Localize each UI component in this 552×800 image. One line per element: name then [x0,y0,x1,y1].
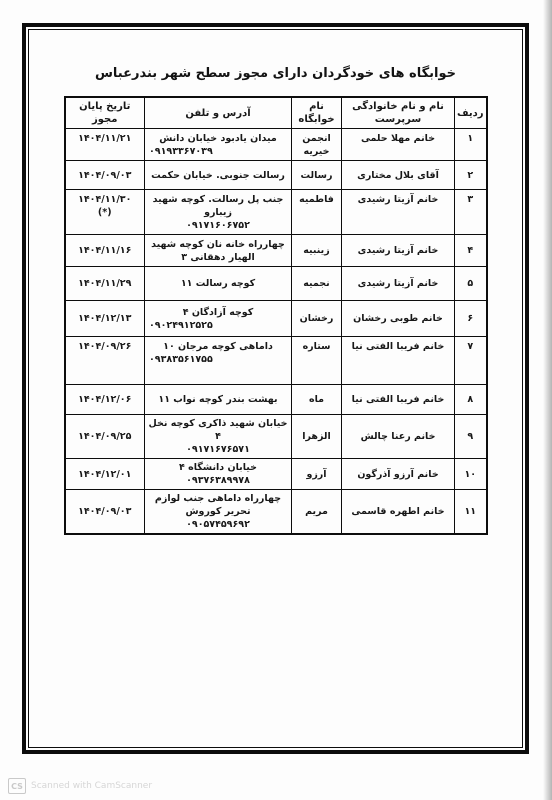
row-number-cell: ۱۱ [455,490,487,535]
expiry-date: ۱۴۰۴/۱۲/۰۶ [68,393,143,406]
column-header: نام و نام خانوادگی سرپرست [342,97,455,129]
address-text: خیابان دانشگاه ۴ [147,461,289,474]
supervisor-name: خانم آرزو آذرگون [357,469,438,480]
expiry-date: ۱۴۰۴/۱۱/۲۱ [68,132,143,145]
supervisor-name-cell: خانم رعنا چالش [342,415,455,459]
dormitory-name-cell: زینبیه [292,235,342,267]
row-number: ۴ [467,245,473,256]
supervisor-name: خانم آزیتا رشیدی [358,245,439,256]
license-expiry-cell: ۱۴۰۴/۰۹/۰۳ [65,490,145,535]
address-text: داماهی کوچه مرجان ۱۰ [147,340,289,353]
license-expiry-cell: ۱۴۰۴/۰۹/۲۶ [65,337,145,385]
table-row: ۱۱ خانم اطهره قاسمی مریم چهارراه داماهی … [65,490,487,535]
column-header: آدرس و تلفن [145,97,292,129]
table-row: ۱۰ خانم آرزو آذرگون آرزو خیابان دانشگاه … [65,459,487,490]
expiry-date: ۱۴۰۴/۰۹/۲۶ [68,340,143,353]
address-phone-cell: خیابان دانشگاه ۴ ۰۹۳۷۶۳۸۹۹۷۸ [145,459,292,490]
page-border-frame: خوابگاه های خودگردان دارای مجوز سطح شهر … [22,23,529,754]
address-phone-cell: کوچه آزادگان ۴ ۰۹۰۲۴۹۱۲۵۲۵ [145,301,292,337]
table-row: ۹ خانم رعنا چالش الزهرا خیابان شهید ذاکر… [65,415,487,459]
dormitory-name: الزهرا [302,431,331,442]
supervisor-name-cell: خانم طوبی رخشان [342,301,455,337]
table-header-row: ردیفنام و نام خانوادگی سرپرستنام خوابگاه… [65,97,487,129]
phone-number: ۰۹۰۲۴۹۱۲۵۲۵ [147,319,289,332]
supervisor-name: خانم آزیتا رشیدی [358,278,439,289]
column-header: ردیف [455,97,487,129]
address-text: خیابان شهید ذاکری کوچه نخل ۴ [147,417,289,443]
address-text: جنب پل رسالت. کوچه شهید زیبارو [147,193,289,219]
dormitory-name: ماه [309,394,324,405]
supervisor-name: آقای بلال مختاری [357,170,439,181]
address-text: کوچه رسالت ۱۱ [147,277,289,290]
table-row: ۳ خانم آزیتا رشیدی فاطمیه جنب پل رسالت. … [65,190,487,235]
row-number: ۵ [467,278,473,289]
expiry-date: ۱۴۰۴/۰۹/۲۵ [68,430,143,443]
document-title: خوابگاه های خودگردان دارای مجوز سطح شهر … [29,66,522,81]
supervisor-name: خانم فریبا الفتی نیا [352,394,445,405]
supervisor-name-cell: خانم آزیتا رشیدی [342,267,455,301]
license-expiry-cell: ۱۴۰۴/۱۲/۱۳ [65,301,145,337]
supervisor-name: خانم اطهره قاسمی [351,506,444,517]
license-expiry-cell: ۱۴۰۴/۰۹/۰۳ [65,161,145,190]
scan-edge-shadow [543,0,552,800]
address-phone-cell: خیابان شهید ذاکری کوچه نخل ۴ ۰۹۱۷۱۶۷۶۵۷۱ [145,415,292,459]
dormitory-name-cell: انجمن خیریه [292,129,342,161]
address-phone-cell: رسالت جنوبی. خیابان حکمت [145,161,292,190]
license-expiry-cell: ۱۴۰۴/۱۱/۲۹ [65,267,145,301]
expiry-date: ۱۴۰۴/۰۹/۰۳ [68,169,143,182]
phone-number: ۰۹۱۹۳۳۶۷۰۳۹ [147,145,289,158]
row-number-cell: ۶ [455,301,487,337]
address-text: بهشت بندر کوچه نواب ۱۱ [147,393,289,406]
expiry-date: ۱۴۰۴/۱۲/۰۱ [68,468,143,481]
phone-number: ۰۹۱۷۱۶۷۶۵۷۱ [147,443,289,456]
license-expiry-cell: ۱۴۰۴/۰۹/۲۵ [65,415,145,459]
supervisor-name: خانم رعنا چالش [361,431,436,442]
address-text: کوچه آزادگان ۴ [147,306,289,319]
license-expiry-cell: ۱۴۰۴/۱۱/۲۱ [65,129,145,161]
row-number: ۹ [467,431,473,442]
table-row: ۲ آقای بلال مختاری رسالت رسالت جنوبی. خی… [65,161,487,190]
supervisor-name: خانم طوبی رخشان [353,313,443,324]
expiry-date: ۱۴۰۴/۱۱/۳۰ [68,193,143,206]
row-number-cell: ۵ [455,267,487,301]
supervisor-name: خانم فریبا الفتی نیا [352,341,445,352]
supervisor-name-cell: خانم فریبا الفتی نیا [342,337,455,385]
camscanner-icon: CS [8,778,26,794]
dormitory-name: نجمیه [303,278,329,289]
supervisor-name-cell: خانم آرزو آذرگون [342,459,455,490]
table-row: ۴ خانم آزیتا رشیدی زینبیه چهارراه خانه ن… [65,235,487,267]
dormitory-name-cell: رخشان [292,301,342,337]
row-number-cell: ۹ [455,415,487,459]
table-row: ۱ خانم مهلا حلمی انجمن خیریه میدان یادبو… [65,129,487,161]
address-phone-cell: چهارراه خانه نان کوچه شهید الهیار دهقانی… [145,235,292,267]
phone-number: ۰۹۳۸۳۵۶۱۷۵۵ [147,353,289,366]
phone-number: ۰۹۱۷۱۶۰۶۷۵۲ [147,219,289,232]
column-header: نام خوابگاه [292,97,342,129]
address-phone-cell: داماهی کوچه مرجان ۱۰ ۰۹۳۸۳۵۶۱۷۵۵ [145,337,292,385]
row-number: ۸ [467,394,473,405]
supervisor-name-cell: خانم آزیتا رشیدی [342,235,455,267]
row-number: ۷ [467,341,473,352]
address-phone-cell: بهشت بندر کوچه نواب ۱۱ [145,385,292,415]
dormitory-name-cell: رسالت [292,161,342,190]
dormitory-name-cell: فاطمیه [292,190,342,235]
phone-number: ۰۹۰۵۷۴۵۹۶۹۲ [147,518,289,531]
address-text: چهارراه خانه نان کوچه شهید الهیار دهقانی… [147,238,289,264]
dormitory-name: آرزو [306,469,326,480]
dormitory-name-cell: آرزو [292,459,342,490]
table-row: ۵ خانم آزیتا رشیدی نجمیه کوچه رسالت ۱۱ ۱… [65,267,487,301]
dormitory-name: ستاره [303,341,331,352]
row-number-cell: ۱۰ [455,459,487,490]
supervisor-name-cell: خانم مهلا حلمی [342,129,455,161]
supervisor-name-cell: خانم آزیتا رشیدی [342,190,455,235]
address-text: چهارراه داماهی جنب لوازم تحریر کوروش [147,492,289,518]
dormitory-name-cell: الزهرا [292,415,342,459]
row-number-cell: ۴ [455,235,487,267]
row-number: ۶ [467,313,473,324]
dormitory-table: ردیفنام و نام خانوادگی سرپرستنام خوابگاه… [64,96,488,535]
license-expiry-cell: ۱۴۰۴/۱۱/۳۰ (*) [65,190,145,235]
dormitory-name: رخشان [300,313,334,324]
row-number-cell: ۸ [455,385,487,415]
address-phone-cell: جنب پل رسالت. کوچه شهید زیبارو ۰۹۱۷۱۶۰۶۷… [145,190,292,235]
dormitory-name-cell: نجمیه [292,267,342,301]
supervisor-name: خانم مهلا حلمی [361,133,435,144]
dormitory-name: انجمن خیریه [302,133,331,157]
table-row: ۷ خانم فریبا الفتی نیا ستاره داماهی کوچه… [65,337,487,385]
row-number: ۲ [467,170,473,181]
supervisor-name: خانم آزیتا رشیدی [358,194,439,205]
address-text: میدان یادبود خیابان دانش [147,132,289,145]
row-number: ۱۰ [464,469,476,480]
expiry-date: ۱۴۰۴/۱۱/۲۹ [68,277,143,290]
license-expiry-cell: ۱۴۰۴/۱۱/۱۶ [65,235,145,267]
dormitory-name: زینبیه [303,245,329,256]
dormitory-name: رسالت [300,170,332,181]
dormitory-name-cell: ماه [292,385,342,415]
license-expiry-cell: ۱۴۰۴/۱۲/۰۶ [65,385,145,415]
supervisor-name-cell: خانم فریبا الفتی نیا [342,385,455,415]
dormitory-name-cell: مریم [292,490,342,535]
dormitory-name-cell: ستاره [292,337,342,385]
address-phone-cell: کوچه رسالت ۱۱ [145,267,292,301]
expiry-date-note: (*) [68,206,143,219]
expiry-date: ۱۴۰۴/۱۲/۱۳ [68,312,143,325]
watermark-text: Scanned with CamScanner [31,781,152,791]
supervisor-name-cell: آقای بلال مختاری [342,161,455,190]
table-row: ۸ خانم فریبا الفتی نیا ماه بهشت بندر کوچ… [65,385,487,415]
license-expiry-cell: ۱۴۰۴/۱۲/۰۱ [65,459,145,490]
phone-number: ۰۹۳۷۶۳۸۹۹۷۸ [147,474,289,487]
address-phone-cell: چهارراه داماهی جنب لوازم تحریر کوروش ۰۹۰… [145,490,292,535]
row-number-cell: ۲ [455,161,487,190]
scanned-document-page: { "page": { "title": "خوابگاه های خودگرد… [0,0,552,800]
dormitory-name: مریم [305,506,328,517]
row-number: ۱ [467,133,473,144]
page-border-inner-line: خوابگاه های خودگردان دارای مجوز سطح شهر … [28,29,523,748]
row-number-cell: ۱ [455,129,487,161]
expiry-date: ۱۴۰۴/۰۹/۰۳ [68,505,143,518]
camscanner-watermark: CS Scanned with CamScanner [8,778,152,794]
table-row: ۶ خانم طوبی رخشان رخشان کوچه آزادگان ۴ ۰… [65,301,487,337]
row-number-cell: ۷ [455,337,487,385]
expiry-date: ۱۴۰۴/۱۱/۱۶ [68,244,143,257]
address-phone-cell: میدان یادبود خیابان دانش ۰۹۱۹۳۳۶۷۰۳۹ [145,129,292,161]
column-header: تاریخ پایان مجوز [65,97,145,129]
dormitory-name: فاطمیه [299,194,334,205]
address-text: رسالت جنوبی. خیابان حکمت [147,169,289,182]
supervisor-name-cell: خانم اطهره قاسمی [342,490,455,535]
row-number-cell: ۳ [455,190,487,235]
row-number: ۱۱ [464,506,476,517]
row-number: ۳ [467,194,473,205]
